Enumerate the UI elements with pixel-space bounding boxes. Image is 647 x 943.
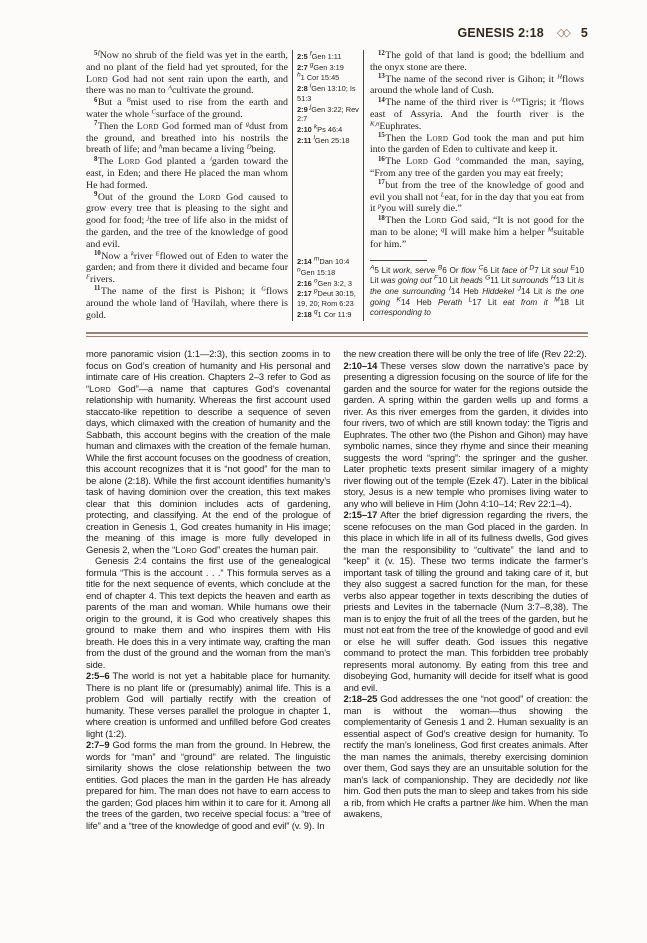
verse: 10Now a kriver Eflowed out of Eden to wa… [86,251,288,286]
commentary-paragraph: 2:15–17After the brief digression regard… [344,509,589,693]
commentary-text: The world is not yet a habitable place f… [86,670,331,739]
verse-text: Then the Lord God took the man and put h… [370,133,584,156]
cross-reference-block-2: 2:14 mDan 10:4nGen 15:182:16 oGen 3:2, 3… [297,257,359,319]
commentary-paragraph: Genesis 2:4 contains the first use of th… [86,555,331,670]
cross-reference: 2:7 gGen 3:19 [297,63,359,73]
commentary-text: After the brief digression regarding the… [344,509,589,693]
verse: 6But a Bmist used to rise from the earth… [86,97,288,121]
verse-range-lead: 2:10–14 [344,360,378,371]
commentary-text: These verses slow down the narrative’s p… [344,360,589,509]
verse-text: The name of the first is Pishon; it Gflo… [86,286,288,321]
cross-reference: 2:17 pDeut 30:15, 19, 20; Rom 6:23 [297,289,359,308]
translation-footnotes: A5 Lit work, serve B6 Or flow C6 Lit fac… [370,266,584,320]
scripture-right-column: 12The gold of that land is good; the bde… [368,50,584,321]
verse: 5fNow no shrub of the field was yet in t… [86,50,288,97]
commentary-left-column: more panoramic vision (1:1—2:3), this se… [86,348,331,831]
commentary-text: more panoramic vision (1:1—2:3), this se… [86,348,331,555]
cross-reference: 2:9 jGen 3:22; Rev 2:7 [297,105,359,124]
verse-text: But a Bmist used to rise from the earth … [86,97,288,120]
verse-text: The Lord God ocommanded the man, saying,… [370,156,584,179]
diamond-ornament-icon: ◇◇ [557,26,568,39]
commentary-paragraph: 2:5–6The world is not yet a habitable pl… [86,670,331,739]
scripture-section: 5fNow no shrub of the field was yet in t… [86,50,588,321]
footnote-divider [370,260,427,261]
verse-text: fNow no shrub of the field was yet in th… [86,50,288,96]
verse: 17but from the tree of the knowledge of … [370,180,584,215]
cross-reference-column: 2:5 fGen 1:112:7 gGen 3:19h1 Cor 15:452:… [292,50,364,321]
verse: 14The name of the third river is I,mTigr… [370,97,584,132]
verse-text: Then the Lord God formed man of gdust fr… [86,121,288,156]
commentary-section: more panoramic vision (1:1—2:3), this se… [86,348,588,831]
verse: 7Then the Lord God formed man of gdust f… [86,121,288,156]
verse-number: 7 [94,120,97,127]
commentary-paragraph: 2:7–9God forms the man from the ground. … [86,739,331,831]
cross-reference: 2:10 kPs 46:4 [297,125,359,135]
verse-text: The gold of that land is good; the bdell… [370,50,584,73]
verse-number: 14 [378,97,385,104]
verse-number: 16 [378,156,385,163]
verse-number: 12 [378,50,385,57]
verse: 13The name of the second river is Gihon;… [370,74,584,98]
verse: 18Then the Lord God said, “It is not goo… [370,215,584,250]
cross-reference: h1 Cor 15:45 [297,73,359,83]
bible-page: GENESIS 2:18 ◇◇ 5 5fNow no shrub of the … [0,0,647,943]
verse-range-lead: 2:7–9 [86,739,109,750]
verse-number: 13 [378,73,385,80]
verse-text: Now a kriver Eflowed out of Eden to wate… [86,251,288,286]
verse: 11The name of the first is Pishon; it Gf… [86,286,288,321]
verse-number: 6 [94,97,97,104]
verse-text: Out of the ground the Lord God caused to… [86,192,288,250]
verse-number: 10 [94,250,101,257]
section-divider-rule [86,332,588,337]
verse-text: but from the tree of the knowledge of go… [370,180,584,215]
cross-reference: 2:11 lGen 25:18 [297,136,359,146]
verse-text: Then the Lord God said, “It is not good … [370,215,584,250]
verse: 8The Lord God planted a igarden toward t… [86,156,288,191]
cross-reference: 2:16 oGen 3:2, 3 [297,279,359,289]
commentary-paragraph: 2:10–14These verses slow down the narrat… [344,360,589,510]
verse: 12The gold of that land is good; the bde… [370,50,584,74]
cross-reference: 2:18 q1 Cor 11:9 [297,310,359,320]
commentary-paragraph: more panoramic vision (1:1—2:3), this se… [86,348,331,555]
verse: 16The Lord God ocommanded the man, sayin… [370,156,584,180]
verse-number: 9 [94,191,97,198]
verse-range-lead: 2:18–25 [344,693,378,704]
verse-text: The name of the second river is Gihon; i… [370,74,584,97]
scripture-right-verses: 12The gold of that land is good; the bde… [370,50,584,251]
commentary-paragraph: the new creation there will be only the … [344,348,589,360]
scripture-left-column: 5fNow no shrub of the field was yet in t… [86,50,288,321]
commentary-right-column: the new creation there will be only the … [344,348,589,831]
commentary-text: God forms the man from the ground. In He… [86,739,331,831]
cross-reference: 2:5 fGen 1:11 [297,52,359,62]
verse-number: 5 [94,50,97,57]
verse-number: 18 [378,215,385,222]
running-header: GENESIS 2:18 ◇◇ 5 [86,26,588,40]
page-number: 5 [581,26,588,40]
verse-number: 11 [94,285,100,292]
cross-reference: 2:8 iGen 13:10; Is 51:3 [297,84,359,103]
cross-reference: 2:14 mDan 10:4 [297,257,359,267]
verse-number: 8 [94,156,97,163]
verse-number: 17 [378,179,385,186]
verse-text: The name of the third river is I,mTigris… [370,97,584,132]
header-reference: GENESIS 2:18 [457,26,543,40]
verse: 15Then the Lord God took the man and put… [370,133,584,157]
commentary-text: God addresses the one “not good” of crea… [344,693,589,819]
verse-number: 15 [378,132,385,139]
verse-range-lead: 2:5–6 [86,670,109,681]
commentary-text: Genesis 2:4 contains the first use of th… [86,555,331,670]
cross-reference: nGen 15:18 [297,268,359,278]
commentary-text: the new creation there will be only the … [344,348,587,359]
cross-reference-block-1: 2:5 fGen 1:112:7 gGen 3:19h1 Cor 15:452:… [297,52,359,145]
commentary-paragraph: 2:18–25God addresses the one “not good” … [344,693,589,820]
verse-text: The Lord God planted a igarden toward th… [86,156,288,191]
verse-range-lead: 2:15–17 [344,509,378,520]
verse: 9Out of the ground the Lord God caused t… [86,192,288,251]
